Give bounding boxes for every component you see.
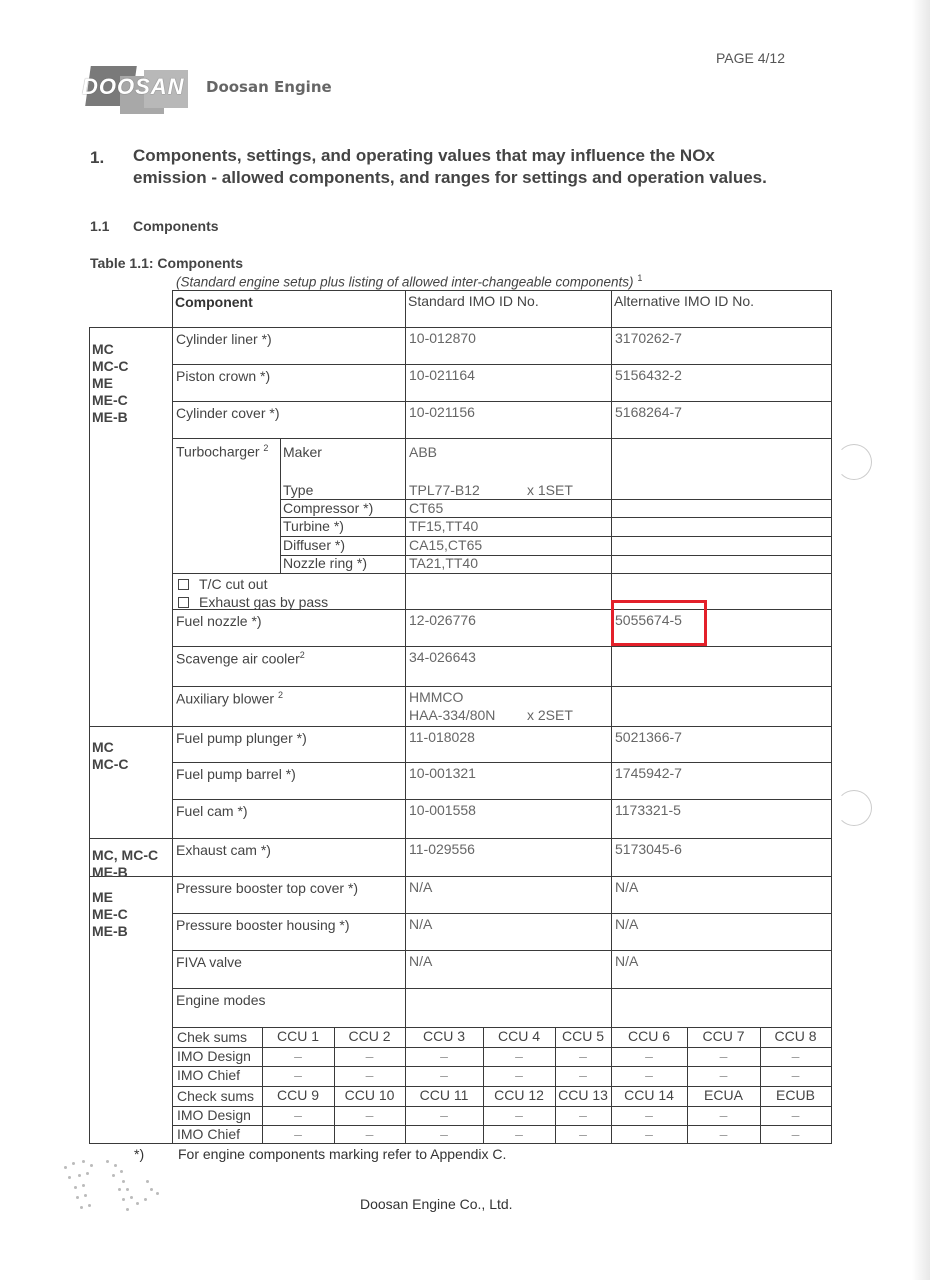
checksum-value: – bbox=[262, 1126, 334, 1142]
component-name: Engine modes bbox=[176, 992, 266, 1008]
table-line bbox=[89, 327, 832, 328]
turbocharger-item-value: CA15,CT65 bbox=[409, 537, 482, 553]
table-line bbox=[89, 876, 832, 877]
alternative-id: N/A bbox=[615, 953, 638, 969]
checksum-value: – bbox=[483, 1126, 555, 1142]
checksum-value: – bbox=[334, 1107, 405, 1123]
table-line bbox=[172, 290, 832, 291]
turbocharger-item-label: Diffuser *) bbox=[283, 537, 345, 553]
checksum-value: – bbox=[611, 1067, 687, 1083]
engine-group-label: MC, MC-CME-B bbox=[92, 847, 158, 881]
table-line bbox=[405, 327, 406, 1027]
checksum-value: – bbox=[760, 1107, 831, 1123]
table-line bbox=[280, 517, 832, 518]
standard-id: 10-012870 bbox=[409, 330, 476, 346]
table-line bbox=[172, 913, 832, 914]
section-title: Components, settings, and operating valu… bbox=[133, 145, 833, 189]
punch-hole-mark bbox=[836, 790, 872, 826]
table-line bbox=[405, 290, 406, 327]
standard-id: 10-021164 bbox=[409, 367, 475, 383]
table-line bbox=[172, 290, 173, 327]
checksum-unit: CCU 9 bbox=[262, 1087, 334, 1103]
punch-hole-mark bbox=[836, 444, 872, 480]
page-number: PAGE 4/12 bbox=[716, 50, 785, 66]
table-line bbox=[831, 1027, 832, 1143]
turbocharger-item-label: Maker bbox=[283, 444, 322, 460]
doosan-logo: DOOSAN bbox=[80, 62, 190, 114]
component-name: Scavenge air cooler2 bbox=[176, 650, 305, 667]
component-name: Pressure booster housing *) bbox=[176, 917, 350, 933]
checksum-unit: CCU 12 bbox=[483, 1087, 555, 1103]
checksum-value: – bbox=[555, 1067, 611, 1083]
turbocharger-item-value: ABB bbox=[409, 444, 437, 460]
table-line bbox=[280, 499, 832, 500]
table-line bbox=[172, 1027, 173, 1143]
standard-id: N/A bbox=[409, 879, 432, 895]
table-line bbox=[172, 988, 832, 989]
standard-id: 10-001558 bbox=[409, 802, 476, 818]
alternative-id: 1745942-7 bbox=[615, 765, 682, 781]
turbocharger-label: Turbocharger 2 bbox=[176, 443, 268, 460]
component-name: Exhaust cam *) bbox=[176, 842, 271, 858]
table-line bbox=[172, 799, 832, 800]
standard-id: 10-021156 bbox=[409, 404, 475, 420]
quantity: x 2SET bbox=[527, 707, 573, 723]
table-line bbox=[172, 646, 832, 647]
highlight-box bbox=[611, 600, 707, 646]
table-line bbox=[280, 555, 832, 556]
section-title-line2: emission - allowed components, and range… bbox=[133, 167, 833, 189]
checksum-value: – bbox=[334, 1067, 405, 1083]
checksum-value: – bbox=[262, 1107, 334, 1123]
standard-id: 12-026776 bbox=[409, 612, 476, 628]
checksum-value: – bbox=[555, 1107, 611, 1123]
option-label: T/C cut out bbox=[199, 576, 267, 592]
checksum-value: – bbox=[687, 1126, 760, 1142]
checksum-value: – bbox=[611, 1107, 687, 1123]
checkbox[interactable] bbox=[178, 579, 189, 590]
standard-id: 11-018028 bbox=[409, 729, 475, 745]
checksum-value: – bbox=[483, 1048, 555, 1064]
stamp-mark bbox=[60, 1158, 170, 1218]
checksum-row-label: IMO Chief bbox=[177, 1126, 240, 1142]
checksum-value: – bbox=[405, 1067, 483, 1083]
turbocharger-item-label: Type bbox=[283, 482, 313, 498]
component-name: Cylinder liner *) bbox=[176, 331, 272, 347]
alternative-id: N/A bbox=[615, 879, 638, 895]
turbocharger-item-value: TA21,TT40 bbox=[409, 555, 478, 571]
subsection-number: 1.1 bbox=[90, 218, 109, 234]
option-checkbox-row[interactable]: T/C cut out bbox=[178, 576, 267, 592]
checksum-value: – bbox=[687, 1107, 760, 1123]
checksum-unit: CCU 8 bbox=[760, 1028, 831, 1044]
header-standard: Standard IMO ID No. bbox=[408, 293, 539, 309]
table-line bbox=[172, 573, 832, 574]
alternative-id: N/A bbox=[615, 916, 638, 932]
component-name: FIVA valve bbox=[176, 954, 242, 970]
header-component: Component bbox=[175, 294, 253, 310]
engine-group-label: MCMC-C bbox=[92, 739, 129, 773]
checksum-unit: CCU 11 bbox=[405, 1087, 483, 1103]
standard-id: N/A bbox=[409, 916, 432, 932]
alternative-id: 5021366-7 bbox=[615, 729, 682, 745]
checksum-value: – bbox=[611, 1048, 687, 1064]
component-name: Fuel nozzle *) bbox=[176, 613, 262, 629]
table-line bbox=[280, 536, 832, 537]
subsection-title: Components bbox=[133, 218, 219, 234]
table-line bbox=[89, 1143, 832, 1144]
table-caption: Table 1.1: Components bbox=[90, 255, 243, 271]
standard-id: 34-026643 bbox=[409, 649, 476, 665]
turbocharger-item-value: TPL77-B12 bbox=[409, 482, 480, 498]
checksum-unit: CCU 5 bbox=[555, 1028, 611, 1044]
component-name: Cylinder cover *) bbox=[176, 405, 279, 421]
section-title-line1: Components, settings, and operating valu… bbox=[133, 145, 833, 167]
table-line bbox=[89, 327, 90, 1143]
footnote-text: For engine components marking refer to A… bbox=[178, 1146, 506, 1162]
engine-group-label: MEME-CME-B bbox=[92, 889, 128, 940]
table-line bbox=[89, 726, 832, 727]
table-line bbox=[611, 327, 612, 1027]
checksum-value: – bbox=[483, 1067, 555, 1083]
table-line bbox=[831, 290, 832, 327]
checksum-value: – bbox=[405, 1126, 483, 1142]
turbocharger-item-label: Nozzle ring *) bbox=[283, 555, 367, 571]
table-line bbox=[172, 327, 173, 1027]
component-name: Pressure booster top cover *) bbox=[176, 880, 358, 896]
scan-edge bbox=[912, 0, 930, 1280]
checksum-title: Check sums bbox=[177, 1088, 254, 1104]
standard-id: N/A bbox=[409, 953, 432, 969]
component-name: Fuel pump plunger *) bbox=[176, 730, 307, 746]
turbocharger-item-label: Compressor *) bbox=[283, 500, 373, 516]
brand-name: Doosan Engine bbox=[206, 78, 332, 96]
standard-id: 10-001321 bbox=[409, 765, 476, 781]
checksum-value: – bbox=[687, 1048, 760, 1064]
checksum-value: – bbox=[405, 1107, 483, 1123]
standard-id: HMMCO bbox=[409, 689, 463, 705]
checksum-value: – bbox=[611, 1126, 687, 1142]
checksum-value: – bbox=[262, 1067, 334, 1083]
checksum-row-label: IMO Chief bbox=[177, 1067, 240, 1083]
component-name: Fuel cam *) bbox=[176, 803, 248, 819]
checksum-value: – bbox=[405, 1048, 483, 1064]
checksum-unit: CCU 3 bbox=[405, 1028, 483, 1044]
component-name: Fuel pump barrel *) bbox=[176, 766, 296, 782]
checksum-unit: ECUB bbox=[760, 1087, 831, 1103]
logo-text: DOOSAN bbox=[82, 74, 185, 100]
checksum-value: – bbox=[555, 1048, 611, 1064]
table-line bbox=[172, 686, 832, 687]
checksum-unit: CCU 6 bbox=[611, 1028, 687, 1044]
option-checkbox-row[interactable]: Exhaust gas by pass bbox=[178, 594, 328, 610]
footer-company: Doosan Engine Co., Ltd. bbox=[360, 1196, 513, 1212]
table-line bbox=[172, 438, 832, 439]
standard-id: 11-029556 bbox=[409, 841, 475, 857]
checksum-unit: CCU 7 bbox=[687, 1028, 760, 1044]
header-alternative: Alternative IMO ID No. bbox=[614, 293, 754, 309]
alternative-id: 3170262-7 bbox=[615, 330, 682, 346]
table-line bbox=[172, 364, 832, 365]
checksum-value: – bbox=[687, 1067, 760, 1083]
checksum-unit: CCU 4 bbox=[483, 1028, 555, 1044]
table-line bbox=[280, 438, 281, 573]
table-line bbox=[172, 950, 832, 951]
table-subtitle: (Standard engine setup plus listing of a… bbox=[176, 273, 642, 290]
turbocharger-item-label: Turbine *) bbox=[283, 518, 344, 534]
checksum-value: – bbox=[334, 1126, 405, 1142]
table-line bbox=[89, 838, 832, 839]
table-line bbox=[831, 327, 832, 1143]
component-name: Piston crown *) bbox=[176, 368, 270, 384]
option-label: Exhaust gas by pass bbox=[199, 594, 328, 610]
table-line bbox=[611, 290, 612, 327]
engine-group-label: MCMC-CMEME-CME-B bbox=[92, 341, 129, 426]
checksum-value: – bbox=[483, 1107, 555, 1123]
checksum-value: – bbox=[262, 1048, 334, 1064]
checksum-unit: CCU 1 bbox=[262, 1028, 334, 1044]
turbocharger-item-value: CT65 bbox=[409, 500, 443, 516]
component-name: Auxiliary blower 2 bbox=[176, 690, 283, 707]
section-number: 1. bbox=[90, 148, 104, 168]
standard-id-model: HAA-334/80N bbox=[409, 707, 495, 723]
checksum-unit: ECUA bbox=[687, 1087, 760, 1103]
checkbox[interactable] bbox=[178, 597, 189, 608]
table-line bbox=[172, 401, 832, 402]
checksum-unit: CCU 10 bbox=[334, 1087, 405, 1103]
checksum-unit: CCU 2 bbox=[334, 1028, 405, 1044]
table-line bbox=[172, 762, 832, 763]
checksum-row-label: IMO Design bbox=[177, 1048, 251, 1064]
table-line bbox=[172, 609, 832, 610]
checksum-unit: CCU 14 bbox=[611, 1087, 687, 1103]
checksum-value: – bbox=[760, 1067, 831, 1083]
checksum-value: – bbox=[334, 1048, 405, 1064]
checksum-unit: CCU 13 bbox=[555, 1087, 611, 1103]
checksum-title: Chek sums bbox=[177, 1029, 247, 1045]
checksum-row-label: IMO Design bbox=[177, 1107, 251, 1123]
alternative-id: 1173321-5 bbox=[615, 802, 681, 818]
alternative-id: 5173045-6 bbox=[615, 841, 682, 857]
alternative-id: 5168264-7 bbox=[615, 404, 682, 420]
checksum-value: – bbox=[555, 1126, 611, 1142]
checksum-value: – bbox=[760, 1126, 831, 1142]
quantity: x 1SET bbox=[527, 482, 573, 498]
turbocharger-item-value: TF15,TT40 bbox=[409, 518, 478, 534]
alternative-id: 5156432-2 bbox=[615, 367, 682, 383]
checksum-value: – bbox=[760, 1048, 831, 1064]
